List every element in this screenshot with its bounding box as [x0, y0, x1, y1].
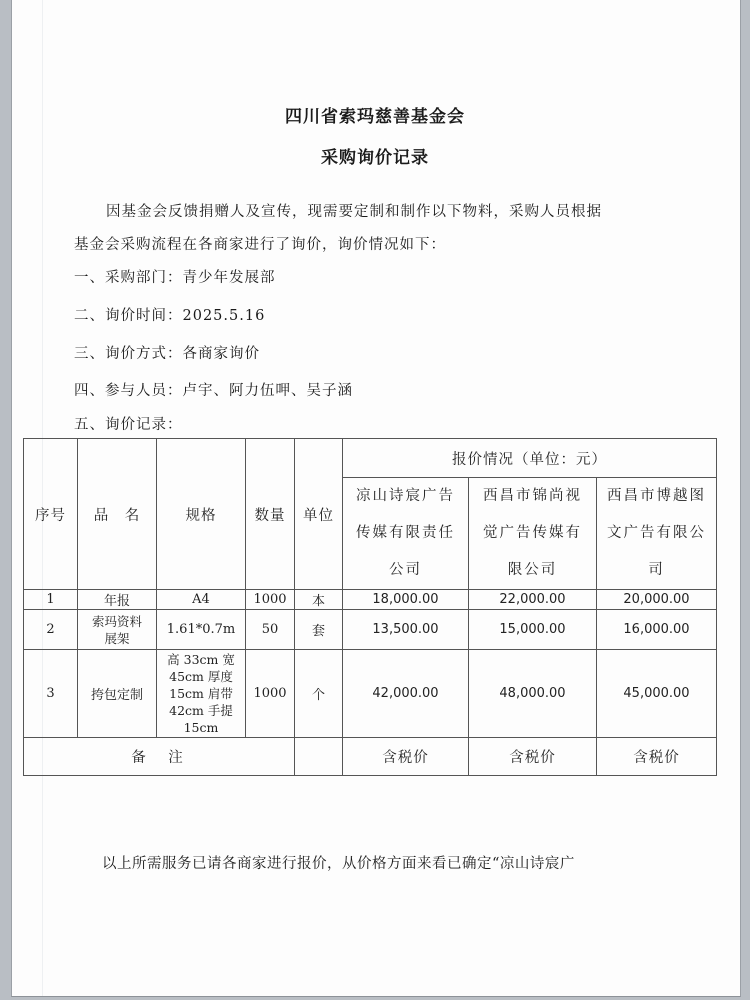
item-value: 2025.5.16	[183, 308, 266, 324]
item-label: 四、参与人员：	[74, 383, 183, 399]
remarks-row: 备 注 含税价 含税价 含税价	[24, 738, 717, 776]
cell-unit: 本	[295, 590, 343, 610]
intro-paragraph: 因基金会反馈捐赠人及宣传，现需要定制和制作以下物料，采购人员根据 基金会采购流程…	[74, 196, 684, 262]
cell-price-vendor-2: 48,000.00	[469, 650, 597, 738]
cell-unit: 套	[295, 610, 343, 650]
item-department: 一、采购部门：青少年发展部	[74, 266, 276, 287]
item-participants: 四、参与人员：卢宇、阿力伍呷、吴子涵	[74, 379, 353, 400]
cell-name: 挎包定制	[78, 650, 157, 738]
remarks-empty-cell	[295, 738, 343, 776]
cell-unit: 个	[295, 650, 343, 738]
cell-name: 索玛资料展架	[78, 610, 157, 650]
header-quote-group: 报价情况（单位：元）	[343, 439, 717, 478]
item-value: 青少年发展部	[183, 270, 276, 286]
remarks-vendor-1: 含税价	[343, 738, 469, 776]
header-spec: 规格	[157, 439, 246, 590]
cell-qty: 50	[246, 610, 295, 650]
remarks-label: 备 注	[24, 738, 295, 776]
header-name: 品 名	[78, 439, 157, 590]
organization-title: 四川省索玛慈善基金会	[0, 102, 750, 127]
vendor-header-2: 西昌市锦尚视觉广告传媒有限公司	[469, 478, 597, 590]
cell-price-vendor-1: 18,000.00	[343, 590, 469, 610]
item-label: 三、询价方式：	[74, 346, 183, 362]
item-inquiry-date: 二、询价时间：2025.5.16	[74, 304, 265, 325]
cell-qty: 1000	[246, 650, 295, 738]
header-unit: 单位	[295, 439, 343, 590]
item-value: 各商家询价	[183, 346, 261, 362]
remarks-vendor-3: 含税价	[597, 738, 717, 776]
quotation-table: 序号 品 名 规格 数量 单位 报价情况（单位：元） 凉山诗宸广告传媒有限责任公…	[23, 438, 717, 776]
table-row: 2 索玛资料展架 1.61*0.7m 50 套 13,500.00 15,000…	[24, 610, 717, 650]
cell-seq: 3	[24, 650, 78, 738]
cell-seq: 2	[24, 610, 78, 650]
cell-spec: 高 33cm 宽 45cm 厚度 15cm 肩带 42cm 手提 15cm	[157, 650, 246, 738]
document-title: 采购询价记录	[0, 143, 750, 168]
cell-price-vendor-1: 42,000.00	[343, 650, 469, 738]
cell-price-vendor-3: 45,000.00	[597, 650, 717, 738]
conclusion-line: 以上所需服务已请各商家进行报价，从价格方面来看已确定“凉山诗宸广	[102, 852, 575, 873]
cell-price-vendor-2: 15,000.00	[469, 610, 597, 650]
cell-spec: 1.61*0.7m	[157, 610, 246, 650]
table-row: 1 年报 A4 1000 本 18,000.00 22,000.00 20,00…	[24, 590, 717, 610]
cell-name: 年报	[78, 590, 157, 610]
cell-price-vendor-3: 16,000.00	[597, 610, 717, 650]
item-inquiry-method: 三、询价方式：各商家询价	[74, 342, 260, 363]
table-row: 3 挎包定制 高 33cm 宽 45cm 厚度 15cm 肩带 42cm 手提 …	[24, 650, 717, 738]
cell-qty: 1000	[246, 590, 295, 610]
cell-seq: 1	[24, 590, 78, 610]
intro-line-2: 基金会采购流程在各商家进行了询价，询价情况如下：	[74, 229, 684, 262]
remarks-vendor-2: 含税价	[469, 738, 597, 776]
item-value: 卢宇、阿力伍呷、吴子涵	[183, 383, 354, 399]
header-qty: 数量	[246, 439, 295, 590]
item-label: 二、询价时间：	[74, 308, 183, 324]
vendor-header-3: 西昌市博越图文广告有限公司	[597, 478, 717, 590]
header-seq: 序号	[24, 439, 78, 590]
vendor-header-1: 凉山诗宸广告传媒有限责任公司	[343, 478, 469, 590]
cell-spec: A4	[157, 590, 246, 610]
item-label: 五、询价记录：	[74, 417, 183, 433]
item-label: 一、采购部门：	[74, 270, 183, 286]
cell-price-vendor-1: 13,500.00	[343, 610, 469, 650]
cell-price-vendor-2: 22,000.00	[469, 590, 597, 610]
intro-line-1: 因基金会反馈捐赠人及宣传，现需要定制和制作以下物料，采购人员根据	[74, 196, 684, 229]
cell-price-vendor-3: 20,000.00	[597, 590, 717, 610]
item-inquiry-record: 五、询价记录：	[74, 413, 183, 434]
